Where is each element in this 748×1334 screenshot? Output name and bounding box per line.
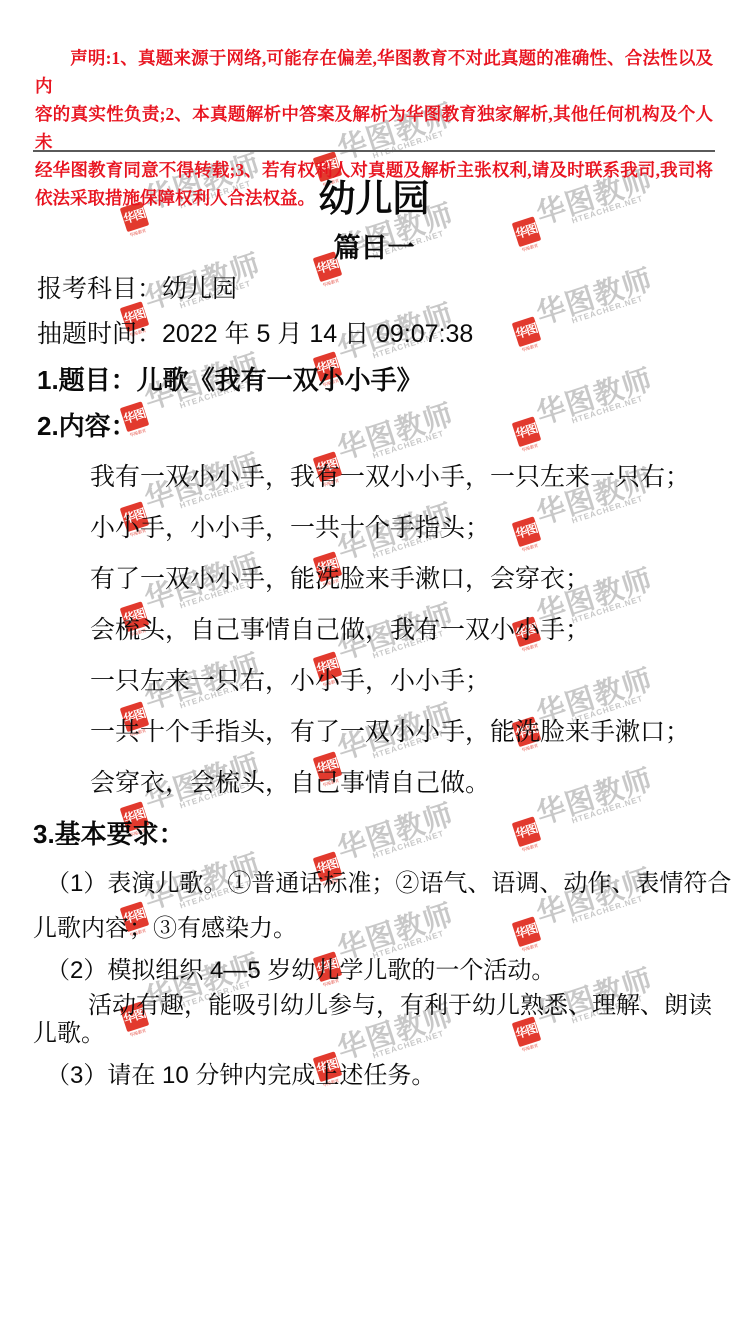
huatu-logo-caption: 华图教育 (128, 1027, 148, 1039)
disclaimer-line: 依法采取措施保障权利人合法权益。 (35, 184, 713, 212)
rhyme-line: 一共十个手指头，有了一双小小手，能洗脸来手漱口； (90, 712, 690, 748)
draw-time-label: 抽题时间： (37, 320, 162, 348)
watermark-domain: HTEACHER.NET (571, 394, 645, 426)
disclaimer-line: 经华图教育同意不得转载;3、若有权利人对真题及解析主张权利,请及时联系我司,我司… (35, 156, 713, 184)
watermark-domain: HTEACHER.NET (571, 894, 645, 926)
huatu-logo-icon: 华图 华图教育 (512, 316, 542, 347)
huatu-logo-glyph: 华图 (512, 516, 542, 547)
disclaimer: 声明:1、真题来源于网络,可能存在偏差,华图教育不对此真题的准确性、合法性以及内… (35, 44, 713, 212)
huatu-logo-icon: 华图 华图教育 (512, 516, 542, 547)
rhyme-line: 有了一双小小手，能洗脸来手漱口，会穿衣； (90, 559, 590, 595)
watermark-text: 华图教师 (531, 257, 658, 333)
huatu-logo-caption: 华图教育 (520, 842, 540, 854)
huatu-logo-icon: 华图 华图教育 (512, 416, 542, 447)
exam-question-page: 华图教师 HTEACHER.NET 华图 华图教育 华图教师 HTEACHER.… (0, 0, 748, 1334)
requirement-line: 儿歌。 (33, 1013, 105, 1048)
requirement-line: （1）表演儿歌。①普通话标准；②语气、语调、动作、表情符合 (46, 863, 731, 898)
requirement-line: 活动有趣，能吸引幼儿参与，有利于幼儿熟悉、理解、朗读 (88, 985, 712, 1020)
huatu-logo-glyph: 华图 (512, 416, 542, 447)
huatu-logo-glyph: 华图 (512, 816, 542, 847)
requirement-line: （2）模拟组织 4—5 岁幼儿学儿歌的一个活动。 (46, 950, 555, 985)
watermark-text: 华图教师 (531, 757, 658, 833)
disclaimer-label: 声明: (70, 48, 111, 68)
draw-time-value: 2022 年 5 月 14 日 09:07:38 (162, 320, 473, 348)
draw-time-line: 抽题时间：2022 年 5 月 14 日 09:07:38 (37, 314, 473, 350)
rhyme-line: 会穿衣，会梳头，自己事情自己做。 (90, 763, 490, 799)
watermark: 华图教师 HTEACHER.NET 华图 华图教育 (506, 760, 659, 859)
divider-line (33, 150, 715, 152)
disclaimer-line: 声明:1、真题来源于网络,可能存在偏差,华图教育不对此真题的准确性、合法性以及内 (35, 44, 713, 100)
huatu-logo-caption: 华图教育 (520, 342, 540, 354)
section-subtitle: 篇目一 (0, 226, 748, 265)
watermark-domain: HTEACHER.NET (372, 429, 446, 461)
huatu-logo-glyph: 华图 (512, 316, 542, 347)
huatu-logo-icon: 华图 华图教育 (512, 1016, 542, 1047)
huatu-logo-glyph: 华图 (512, 1016, 542, 1047)
huatu-logo-glyph: 华图 (512, 916, 542, 947)
watermark-domain: HTEACHER.NET (571, 494, 645, 526)
question-title: 1.题目：儿歌《我有一双小小手》 (37, 360, 423, 397)
huatu-logo-icon: 华图 华图教育 (512, 916, 542, 947)
watermark-text: 华图教师 (332, 792, 459, 868)
watermark-text: 华图教师 (531, 357, 658, 433)
disclaimer-text: 1、真题来源于网络,可能存在偏差,华图教育不对此真题的准确性、合法性以及内 (35, 48, 713, 96)
huatu-logo-caption: 华图教育 (321, 277, 341, 289)
requirement-line: （3）请在 10 分钟内完成上述任务。 (46, 1055, 435, 1090)
huatu-logo-caption: 华图教育 (520, 1042, 540, 1054)
huatu-logo-caption: 华图教育 (520, 442, 540, 454)
watermark-domain: HTEACHER.NET (571, 294, 645, 326)
rhyme-line: 会梳头，自己事情自己做，我有一双小小手； (90, 610, 590, 646)
watermark: 华图教师 HTEACHER.NET 华图 华图教育 (506, 360, 659, 459)
subject-line: 报考科目：幼儿园 (37, 269, 237, 305)
watermark-domain: HTEACHER.NET (372, 829, 446, 861)
disclaimer-line: 容的真实性负责;2、本真题解析中答案及解析为华图教育独家解析,其他任何机构及个人… (35, 100, 713, 156)
requirement-line: 儿歌内容；③有感染力。 (33, 908, 297, 943)
huatu-logo-caption: 华图教育 (520, 542, 540, 554)
subject-value: 幼儿园 (162, 275, 237, 303)
rhyme-line: 一只左来一只右，小小手，小小手； (90, 661, 490, 697)
watermark: 华图教师 HTEACHER.NET 华图 华图教育 (506, 260, 659, 359)
requirements-heading: 3.基本要求： (33, 814, 185, 851)
rhyme-line: 小小手，小小手，一共十个手指头； (90, 508, 490, 544)
rhyme-line: 我有一双小小手，我有一双小小手，一只左来一只右； (90, 457, 690, 493)
subject-label: 报考科目： (37, 275, 162, 303)
huatu-logo-icon: 华图 华图教育 (512, 816, 542, 847)
watermark-domain: HTEACHER.NET (571, 794, 645, 826)
content-heading: 2.内容： (37, 406, 137, 443)
